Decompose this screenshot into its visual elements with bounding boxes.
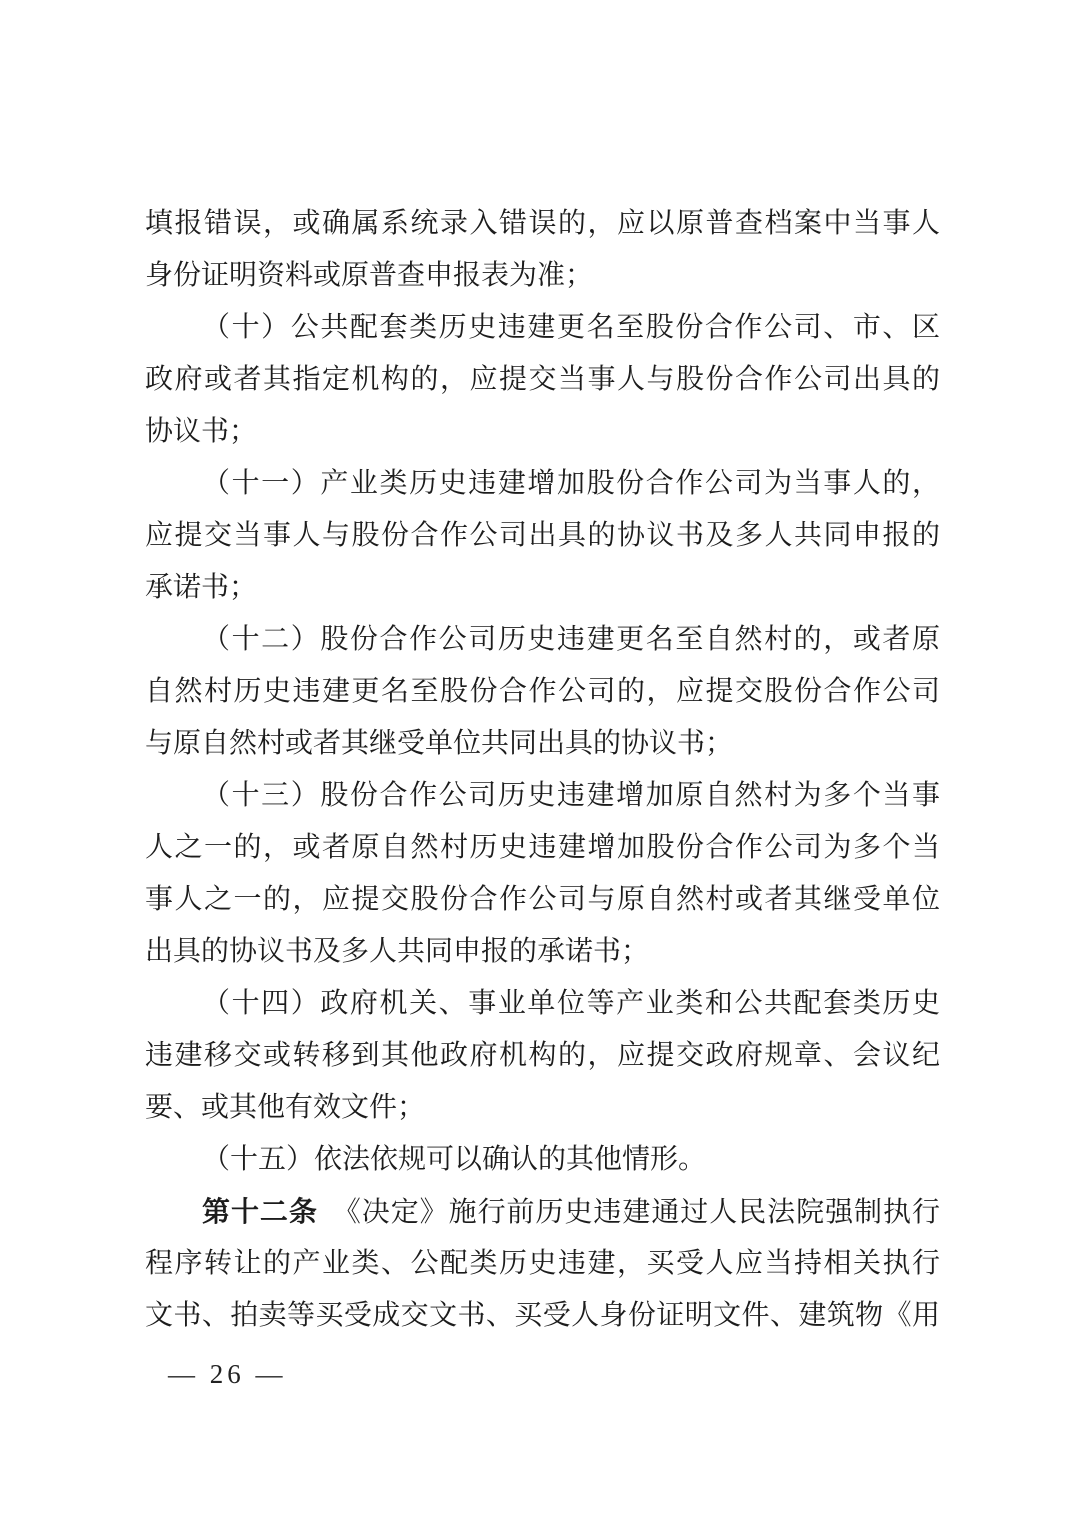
- text-line: 程序转让的产业类、公配类历史违建，买受人应当持相关执行: [145, 1238, 940, 1290]
- text-line: 文书、拍卖等买受成交文书、买受人身份证明文件、建筑物《用: [145, 1290, 940, 1342]
- text-line: 填报错误，或确属系统录入错误的，应以原普查档案中当事人: [145, 198, 940, 250]
- text-line: （十五）依法依规可以确认的其他情形。: [145, 1134, 940, 1186]
- page-number: — 26 —: [168, 1359, 287, 1389]
- text-line: 出具的协议书及多人共同申报的承诺书；: [145, 926, 940, 978]
- text-line: 应提交当事人与股份合作公司出具的协议书及多人共同申报的: [145, 510, 940, 562]
- text-line: （十二）股份合作公司历史违建更名至自然村的，或者原: [145, 614, 940, 666]
- text-line: （十一）产业类历史违建增加股份合作公司为当事人的，: [145, 458, 940, 510]
- text-line: 身份证明资料或原普查申报表为准；: [145, 250, 940, 302]
- text-line: 事人之一的，应提交股份合作公司与原自然村或者其继受单位: [145, 874, 940, 926]
- text-line: （十四）政府机关、事业单位等产业类和公共配套类历史: [145, 978, 940, 1030]
- text-line: 第十二条 《决定》施行前历史违建通过人民法院强制执行: [145, 1186, 940, 1238]
- text-line: 违建移交或转移到其他政府机构的，应提交政府规章、会议纪: [145, 1030, 940, 1082]
- document-page: 填报错误，或确属系统录入错误的，应以原普查档案中当事人身份证明资料或原普查申报表…: [0, 0, 1080, 1527]
- text-line: （十）公共配套类历史违建更名至股份合作公司、市、区: [145, 302, 940, 354]
- article-number: 第十二条: [202, 1196, 318, 1227]
- text-line: 协议书；: [145, 406, 940, 458]
- text-line: 政府或者其指定机构的，应提交当事人与股份合作公司出具的: [145, 354, 940, 406]
- text-line: 自然村历史违建更名至股份合作公司的，应提交股份合作公司: [145, 666, 940, 718]
- text-line: 承诺书；: [145, 562, 940, 614]
- text-line: 要、或其他有效文件；: [145, 1082, 940, 1134]
- text-line: 人之一的，或者原自然村历史违建增加股份合作公司为多个当: [145, 822, 940, 874]
- text-line: 与原自然村或者其继受单位共同出具的协议书；: [145, 718, 940, 770]
- document-body: 填报错误，或确属系统录入错误的，应以原普查档案中当事人身份证明资料或原普查申报表…: [145, 198, 940, 1342]
- text-line: （十三）股份合作公司历史违建增加原自然村为多个当事: [145, 770, 940, 822]
- page-footer: — 26 —: [168, 1358, 287, 1390]
